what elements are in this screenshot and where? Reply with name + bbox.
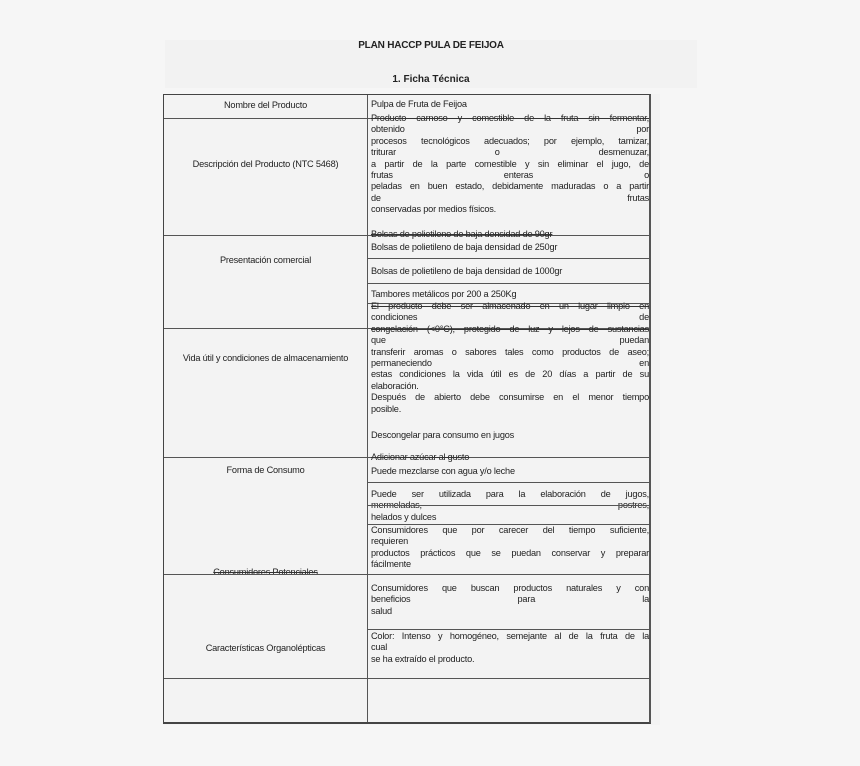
- value-thaw-instruction: Descongelar para consumo en jugos: [371, 430, 649, 441]
- value-product-name: Pulpa de Fruta de Feijoa: [371, 99, 649, 110]
- row-divider: [367, 505, 649, 506]
- label-commercial-presentation: Presentación comercial: [164, 255, 367, 265]
- row-divider: [367, 258, 649, 259]
- label-product-description: Descripción del Producto (NTC 5468): [164, 159, 367, 169]
- label-consumption-form: Forma de Consumo: [164, 465, 367, 475]
- row-divider: [367, 482, 649, 483]
- value-consumption-1: Adicionar azúcar al gusto: [371, 452, 649, 463]
- document-title: PLAN HACCP PULA DE FEIJOA: [165, 40, 697, 51]
- value-potential-consumers-1: Consumidores que por carecer del tiempo …: [371, 525, 649, 571]
- value-consumption-3: Puede ser utilizada para la elaboración …: [371, 489, 649, 523]
- section-title: 1. Ficha Técnica: [165, 74, 697, 85]
- value-organoleptic: Color: Intenso y homogéneo, semejante al…: [371, 631, 649, 665]
- row-divider: [164, 678, 649, 679]
- value-product-description: Producto carnoso y comestible de la frut…: [371, 113, 649, 216]
- value-presentation-1: Bolsas de polietileno de baja densidad d…: [371, 229, 649, 240]
- value-consumption-2: Puede mezclarse con agua y/o leche: [371, 466, 649, 477]
- technical-sheet-table: Nombre del Producto Pulpa de Fruta de Fe…: [163, 94, 651, 724]
- value-shelf-life: El producto debe ser almacenado en un lu…: [371, 301, 649, 415]
- value-potential-consumers-2: Consumidores que buscan productos natura…: [371, 583, 649, 617]
- label-product-name: Nombre del Producto: [164, 100, 367, 110]
- label-potential-consumers: Consumidores Potenciales: [164, 567, 367, 577]
- column-divider: [367, 95, 368, 722]
- row-divider: [367, 283, 649, 284]
- label-shelf-life: Vida útil y condiciones de almacenamient…: [164, 353, 367, 363]
- value-presentation-2: Bolsas de polietileno de baja densidad d…: [371, 242, 649, 253]
- row-divider: [164, 574, 649, 575]
- label-organoleptic: Características Organolépticas: [164, 643, 367, 653]
- value-presentation-4: Tambores metálicos por 200 a 250Kg: [371, 289, 649, 300]
- value-presentation-3: Bolsas de polietileno de baja densidad d…: [371, 266, 649, 277]
- row-divider: [367, 629, 649, 630]
